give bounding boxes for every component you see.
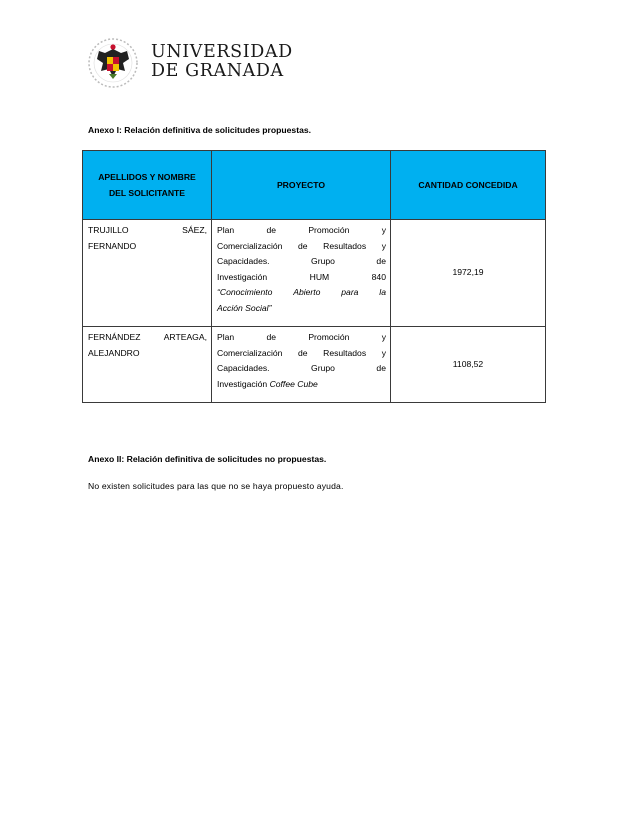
annex1-title: Anexo I: Relación definitiva de solicitu…	[88, 125, 311, 135]
column-header-amount: CANTIDAD CONCEDIDA	[391, 151, 546, 220]
amount-granted-cell: 1108,52	[391, 327, 546, 403]
table-row: FERNÁNDEZARTEAGA,ALEJANDROPlandePromoció…	[83, 327, 546, 403]
applicant-name-cell: TRUJILLOSÁEZ,FERNANDO	[83, 220, 212, 327]
university-seal-icon	[87, 37, 139, 89]
applicant-name-cell: FERNÁNDEZARTEAGA,ALEJANDRO	[83, 327, 212, 403]
table-row: TRUJILLOSÁEZ,FERNANDOPlandePromociónyCom…	[83, 220, 546, 327]
column-header-applicant: APELLIDOS Y NOMBRE DEL SOLICITANTE	[83, 151, 212, 220]
institution-name-line1: UNIVERSIDAD	[151, 43, 293, 62]
project-cell: PlandePromociónyComercializacióndeResult…	[212, 220, 391, 327]
institution-name-line2: DE GRANADA	[151, 62, 293, 81]
column-header-project: PROYECTO	[212, 151, 391, 220]
institution-name: UNIVERSIDAD DE GRANADA	[151, 43, 293, 81]
annex2-body: No existen solicitudes para las que no s…	[88, 481, 343, 491]
table-header-row: APELLIDOS Y NOMBRE DEL SOLICITANTE PROYE…	[83, 151, 546, 220]
amount-granted-cell: 1972,19	[391, 220, 546, 327]
university-logo: UNIVERSIDAD DE GRANADA	[87, 37, 277, 89]
annex2-title: Anexo II: Relación definitiva de solicit…	[88, 454, 326, 464]
proposed-applications-table: APELLIDOS Y NOMBRE DEL SOLICITANTE PROYE…	[82, 150, 546, 403]
project-cell: PlandePromociónyComercializacióndeResult…	[212, 327, 391, 403]
